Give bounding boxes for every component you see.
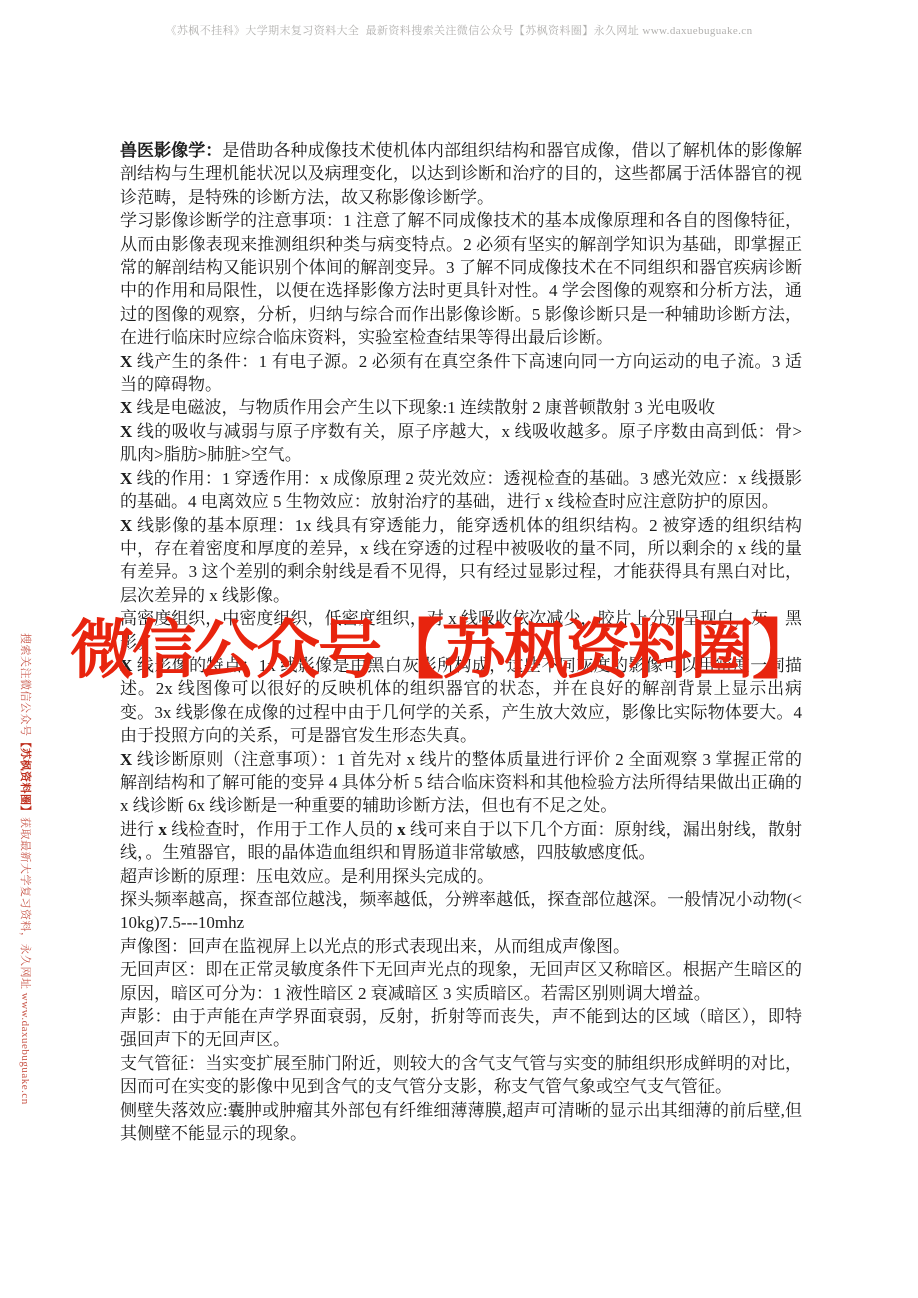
bold-text-segment: X [120,469,132,488]
bold-text-segment: X [120,750,132,769]
text-segment: 探头频率越高，探查部位越浅，频率越低，分辨率越低，探查部位越深。一般情况小动物(… [120,890,802,932]
text-segment: 声影：由于声能在声学界面衰弱，反射，折射等而丧失，声不能到达的区域（暗区），即特… [120,1007,802,1049]
watermark-overlay: 微信公众号【苏枫资料圈】 [70,603,814,699]
text-segment: 线是电磁波，与物质作用会产生以下现象:1 连续散射 2 康普顿散射 3 光电吸收 [132,398,715,417]
bold-text-segment: X [120,516,132,535]
text-segment: 学习影像诊断学的注意事项：1 注意了解不同成像技术的基本成像原理和各自的图像特征… [120,211,802,347]
left-vertical-watermark: 搜索关注微信公众号【苏枫资料圈】获取最新大学复习资料，永久网址 www.daxu… [18,633,34,1105]
bold-text-segment: X [120,352,132,371]
paragraph: 超声诊断的原理：压电效应。是利用探头完成的。 [120,865,802,888]
text-segment: 获取最新大学复习资料，永久网址 www.daxuebuguake.cn [19,817,31,1105]
text-segment: 线产生的条件：1 有电子源。2 必须有在真空条件下高速向同一方向运动的电子流。3… [120,352,802,394]
text-segment: 线影像的基本原理：1x 线具有穿透能力，能穿透机体的组织结构。2 被穿透的组织结… [120,516,802,605]
page-header-note: 《苏枫不挂科》大学期末复习资料大全 最新资料搜索关注微信公众号【苏枫资料圈】永久… [0,22,918,38]
text-segment: 声像图：回声在监视屏上以光点的形式表现出来，从而组成声像图。 [120,937,630,956]
paragraph: 侧壁失落效应:囊肿或肿瘤其外部包有纤维细薄薄膜,超声可清晰的显示出其细薄的前后壁… [120,1099,802,1146]
text-segment: 线的作用：1 穿透作用：x 成像原理 2 荧光效应：透视检查的基础。3 感光效应… [120,469,802,511]
bold-text-segment: 【苏枫资料圈】 [19,737,31,818]
bold-text-segment: X [120,398,132,417]
paragraph: X 线的吸收与减弱与原子序数有关，原子序越大，x 线吸收越多。原子序数由高到低：… [120,420,802,467]
bold-text-segment: x [397,820,406,839]
bold-text-segment: X [120,422,132,441]
text-segment: 线检查时，作用于工作人员的 [167,820,397,839]
paragraph: X 线影像的基本原理：1x 线具有穿透能力，能穿透机体的组织结构。2 被穿透的组… [120,514,802,608]
text-segment: 无回声区：即在正常灵敏度条件下无回声光点的现象，无回声区又称暗区。根据产生暗区的… [120,960,802,1002]
text-segment: 进行 [120,820,158,839]
text-segment: 搜索关注微信公众号 [19,633,31,737]
text-segment: 超声诊断的原理：压电效应。是利用探头完成的。 [120,867,494,886]
document-page: 《苏枫不挂科》大学期末复习资料大全 最新资料搜索关注微信公众号【苏枫资料圈】永久… [0,0,918,1298]
text-segment: 侧壁失落效应:囊肿或肿瘤其外部包有纤维细薄薄膜,超声可清晰的显示出其细薄的前后壁… [120,1101,802,1143]
bold-text-segment: 兽医影像学： [120,141,222,160]
paragraph: 进行 x 线检查时，作用于工作人员的 x 线可来自于以下几个方面：原射线，漏出射… [120,818,802,865]
paragraph: X 线诊断原则（注意事项）：1 首先对 x 线片的整体质量进行评价 2 全面观察… [120,748,802,818]
paragraph: 兽医影像学：是借助各种成像技术使机体内部组织结构和器官成像，借以了解机体的影像解… [120,139,802,209]
paragraph: X 线产生的条件：1 有电子源。2 必须有在真空条件下高速向同一方向运动的电子流… [120,350,802,397]
text-segment: 线的吸收与减弱与原子序数有关，原子序越大，x 线吸收越多。原子序数由高到低：骨>… [120,422,802,464]
paragraph: X 线是电磁波，与物质作用会产生以下现象:1 连续散射 2 康普顿散射 3 光电… [120,396,802,419]
text-segment: 支气管征：当实变扩展至肺门附近，则较大的含气支气管与实变的肺组织形成鲜明的对比，… [120,1054,802,1096]
paragraph: 探头频率越高，探查部位越浅，频率越低，分辨率越低，探查部位越深。一般情况小动物(… [120,888,802,935]
bold-text-segment: x [158,820,167,839]
paragraph: 声像图：回声在监视屏上以光点的形式表现出来，从而组成声像图。 [120,935,802,958]
paragraph: 支气管征：当实变扩展至肺门附近，则较大的含气支气管与实变的肺组织形成鲜明的对比，… [120,1052,802,1099]
text-segment: 线诊断原则（注意事项）：1 首先对 x 线片的整体质量进行评价 2 全面观察 3… [120,750,802,816]
paragraph: 无回声区：即在正常灵敏度条件下无回声光点的现象，无回声区又称暗区。根据产生暗区的… [120,958,802,1005]
text-segment: 是借助各种成像技术使机体内部组织结构和器官成像，借以了解机体的影像解剖结构与生理… [120,141,802,207]
paragraph: 学习影像诊断学的注意事项：1 注意了解不同成像技术的基本成像原理和各自的图像特征… [120,209,802,349]
paragraph: 声影：由于声能在声学界面衰弱，反射，折射等而丧失，声不能到达的区域（暗区），即特… [120,1005,802,1052]
paragraph: X 线的作用：1 穿透作用：x 成像原理 2 荧光效应：透视检查的基础。3 感光… [120,467,802,514]
